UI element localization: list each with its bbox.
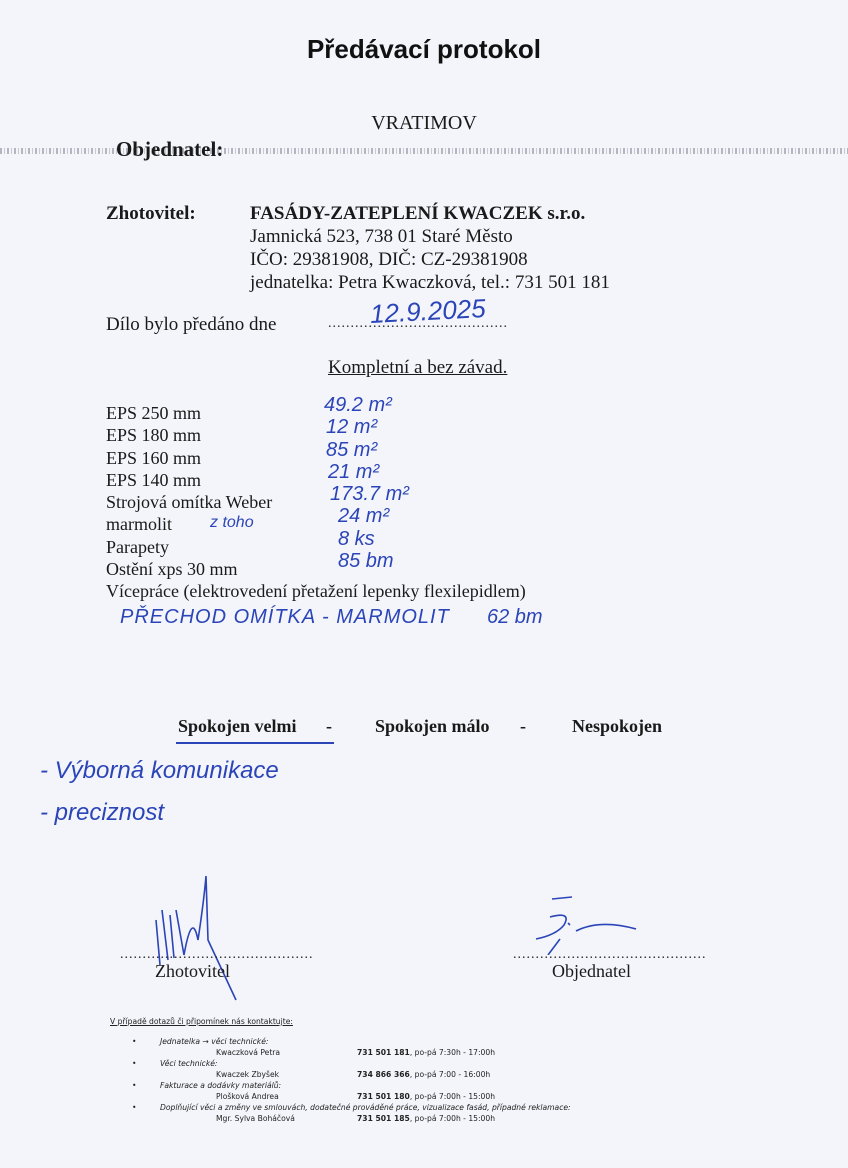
contractor-signature (148, 870, 238, 1005)
satisfaction-separator: - (326, 716, 332, 737)
item-label: EPS 180 mm (106, 424, 526, 446)
contractor-label: Zhotovitel: (106, 203, 196, 225)
item-value: 21 m² (328, 461, 409, 483)
customer-label: Objednatel: (116, 137, 223, 162)
satisfaction-none: Nespokojen (572, 716, 662, 737)
office-hours: , po-pá 7:00h - 15:00h (410, 1092, 495, 1101)
item-value: 12 m² (326, 416, 409, 438)
contact-phone: 731 501 180, po-pá 7:00h - 15:00h (357, 1092, 495, 1101)
contractor-signature-label: Zhotovitel (155, 961, 230, 982)
status-text: Kompletní a bez závad. (328, 357, 507, 379)
document-title: Předávací protokol (0, 34, 848, 65)
extra-work-label: Vícepráce (elektrovedení přetažení lepen… (106, 580, 526, 602)
item-labels: EPS 250 mm EPS 180 mm EPS 160 mm EPS 140… (106, 402, 526, 603)
office-hours: , po-pá 7:00h - 15:00h (410, 1114, 495, 1123)
office-hours: , po-pá 7:30h - 17:00h (410, 1048, 495, 1057)
item-value: 8 ks (338, 528, 409, 550)
item-label: EPS 250 mm (106, 402, 526, 424)
item-label: EPS 160 mm (106, 447, 526, 469)
contacts-heading: V případě dotazů či připomínek nás konta… (110, 1017, 293, 1026)
delivered-label: Dílo bylo předáno dne (106, 314, 276, 336)
customer-signature-label: Objednatel (552, 961, 631, 982)
item-label: Parapety (106, 536, 526, 558)
satisfaction-separator: - (520, 716, 526, 737)
phone-number: 734 866 366 (357, 1070, 410, 1079)
item-label: marmolit (106, 513, 526, 535)
contractor-address: Jamnická 523, 738 01 Staré Město (250, 225, 610, 248)
bullet: • (132, 1103, 136, 1112)
item-value: 49.2 m² (324, 394, 409, 416)
contact-role: Věci technické: (160, 1059, 217, 1068)
office-hours: , po-pá 7:00 - 16:00h (410, 1070, 490, 1079)
comment: - Výborná komunikace (40, 750, 279, 792)
comment: - preciznost (40, 792, 279, 834)
item-values: 49.2 m² 12 m² 85 m² 21 m² 173.7 m² 24 m²… (318, 394, 409, 572)
item-value: 173.7 m² (330, 483, 409, 505)
handwritten-note: z toho (210, 514, 254, 532)
handwritten-extra-work: PŘECHOD OMÍTKA - MARMOLIT (120, 606, 450, 629)
item-value: 24 m² (338, 505, 409, 527)
contact-phone: 734 866 366, po-pá 7:00 - 16:00h (357, 1070, 490, 1079)
contact-person: Mgr. Sylva Boháčová (216, 1114, 295, 1123)
item-label: Strojová omítka Weber (106, 491, 526, 513)
contact-person: Kwaczková Petra (216, 1048, 280, 1057)
contact-person: Plošková Andrea (216, 1092, 279, 1101)
phone-number: 731 501 185 (357, 1114, 410, 1123)
handwritten-date: 12.9.2025 (369, 293, 486, 330)
satisfaction-very: Spokojen velmi (178, 716, 297, 737)
handwritten-extra-value: 62 bm (487, 606, 543, 629)
customer-signature (520, 895, 640, 955)
item-label: EPS 140 mm (106, 469, 526, 491)
phone-number: 731 501 180 (357, 1092, 410, 1101)
contractor-ids: IČO: 29381908, DIČ: CZ-29381908 (250, 248, 610, 271)
selection-underline (176, 742, 334, 744)
contact-role: Doplňující věci a změny ve smlouvách, do… (160, 1103, 571, 1112)
contact-role: Jednatelka → věci technické: (160, 1037, 268, 1046)
contractor-name: FASÁDY-ZATEPLENÍ KWACZEK s.r.o. (250, 202, 610, 225)
bullet: • (132, 1081, 136, 1090)
handwritten-comments: - Výborná komunikace - preciznost (40, 750, 279, 834)
item-label: Ostění xps 30 mm (106, 558, 526, 580)
bullet: • (132, 1037, 136, 1046)
contact-phone: 731 501 185, po-pá 7:00h - 15:00h (357, 1114, 495, 1123)
phone-number: 731 501 181 (357, 1048, 410, 1057)
city: VRATIMOV (0, 112, 848, 135)
satisfaction-little: Spokojen málo (375, 716, 490, 737)
item-value: 85 m² (326, 439, 409, 461)
contact-phone: 731 501 181, po-pá 7:30h - 17:00h (357, 1048, 495, 1057)
contractor-director: jednatelka: Petra Kwaczková, tel.: 731 5… (250, 271, 610, 294)
contact-person: Kwaczek Zbyšek (216, 1070, 279, 1079)
item-value: 85 bm (338, 550, 409, 572)
contractor-block: FASÁDY-ZATEPLENÍ KWACZEK s.r.o. Jamnická… (250, 202, 610, 294)
bullet: • (132, 1059, 136, 1068)
contact-role: Fakturace a dodávky materiálů: (160, 1081, 281, 1090)
